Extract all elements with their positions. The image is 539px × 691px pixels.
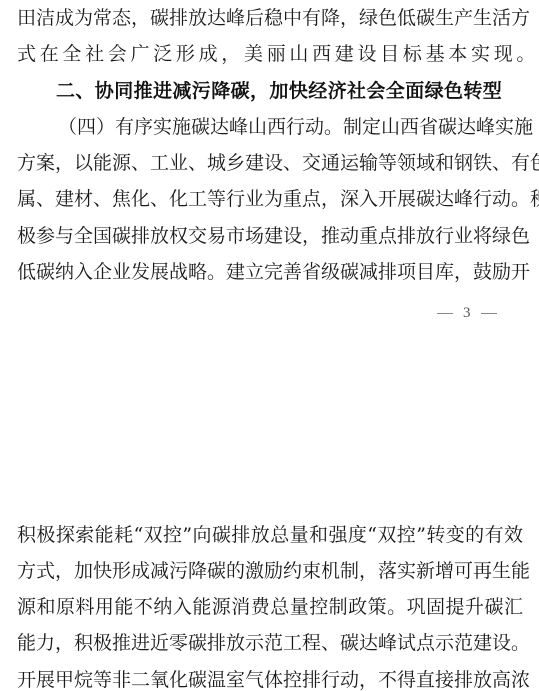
text-line: 方式，加快形成减污降碳的激励约束机制，落实新增可再生能 bbox=[17, 559, 523, 583]
text-line: 能力，积极推进近零碳排放示范工程、碳达峰试点示范建设。 bbox=[17, 631, 523, 655]
text-line: 田洁成为常态，碳排放达峰后稳中有降，绿色低碳生产生活方 bbox=[17, 6, 523, 30]
text-line: 属、建材、焦化、化工等行业为重点，深入开展碳达峰行动。积 bbox=[17, 187, 523, 211]
text-line: 积极探索能耗“双控”向碳排放总量和强度“双控”转变的有效 bbox=[17, 523, 523, 547]
document-page-4: 积极探索能耗“双控”向碳排放总量和强度“双控”转变的有效 方式，加快形成减污降碳… bbox=[0, 500, 539, 691]
dash-right bbox=[481, 313, 497, 314]
text-line: 低碳纳入企业发展战略。建立完善省级碳减排项目库，鼓励开 bbox=[17, 260, 523, 284]
paragraph-first-line: （四）有序实施碳达峰山西行动。制定山西省碳达峰实施 bbox=[58, 115, 523, 139]
text-line: 式在全社会广泛形成，美丽山西建设目标基本实现。 bbox=[17, 42, 523, 66]
text-line: 源和原料用能不纳入能源消费总量控制政策。巩固提升碳汇 bbox=[17, 595, 523, 619]
document-page-3: 田洁成为常态，碳排放达峰后稳中有降，绿色低碳生产生活方 式在全社会广泛形成，美丽… bbox=[0, 0, 539, 340]
text-line: 开展甲烷等非二氧化碳温室气体控排行动，不得直接排放高浓 bbox=[17, 668, 523, 691]
text-line: 方案，以能源、工业、城乡建设、交通运输等领域和钢铁、有色金 bbox=[17, 151, 523, 175]
text-line: 极参与全国碳排放权交易市场建设，推动重点排放行业将绿色 bbox=[17, 224, 523, 248]
dash-left bbox=[437, 313, 453, 314]
section-heading: 二、协同推进减污降碳，加快经济社会全面绿色转型 bbox=[56, 79, 486, 103]
